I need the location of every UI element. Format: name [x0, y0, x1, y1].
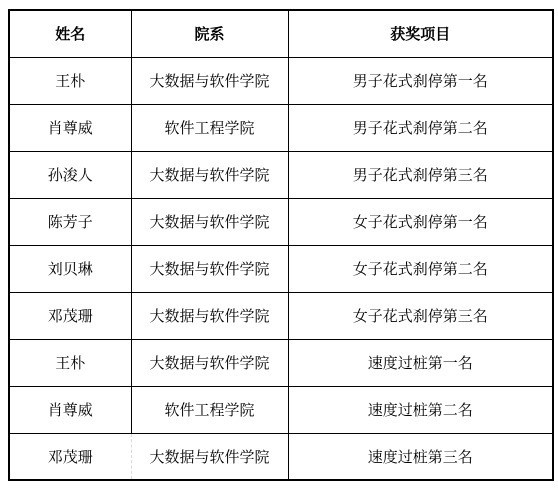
table-row: 王朴 大数据与软件学院 速度过桩第一名	[9, 339, 553, 386]
cell-department: 大数据与软件学院	[131, 292, 288, 339]
cell-name: 刘贝琳	[9, 245, 131, 292]
cell-award: 女子花式刹停第三名	[288, 292, 553, 339]
cell-name: 陈芳子	[9, 198, 131, 245]
cell-name: 王朴	[9, 339, 131, 386]
awards-table: 姓名 院系 获奖项目 王朴 大数据与软件学院 男子花式刹停第一名 肖尊威 软件工…	[8, 9, 554, 481]
cell-award: 速度过桩第二名	[288, 386, 553, 433]
cell-department: 软件工程学院	[131, 104, 288, 151]
cell-name: 邓茂珊	[9, 292, 131, 339]
cell-department: 软件工程学院	[131, 386, 288, 433]
cell-department: 大数据与软件学院	[131, 433, 288, 480]
cell-department: 大数据与软件学院	[131, 151, 288, 198]
table-row: 陈芳子 大数据与软件学院 女子花式刹停第一名	[9, 198, 553, 245]
cell-name: 孙浚人	[9, 151, 131, 198]
column-header-name: 姓名	[9, 10, 131, 57]
cell-name: 王朴	[9, 57, 131, 104]
header-row: 姓名 院系 获奖项目	[9, 10, 553, 57]
cell-award: 男子花式刹停第二名	[288, 104, 553, 151]
document-page: 姓名 院系 获奖项目 王朴 大数据与软件学院 男子花式刹停第一名 肖尊威 软件工…	[0, 0, 558, 494]
cell-name: 肖尊威	[9, 386, 131, 433]
cell-department: 大数据与软件学院	[131, 245, 288, 292]
table-row: 王朴 大数据与软件学院 男子花式刹停第一名	[9, 57, 553, 104]
cell-award: 男子花式刹停第一名	[288, 57, 553, 104]
table-row: 刘贝琳 大数据与软件学院 女子花式刹停第二名	[9, 245, 553, 292]
cell-award: 速度过桩第三名	[288, 433, 553, 480]
cell-department: 大数据与软件学院	[131, 198, 288, 245]
column-header-department: 院系	[131, 10, 288, 57]
table-row: 肖尊威 软件工程学院 男子花式刹停第二名	[9, 104, 553, 151]
cell-department: 大数据与软件学院	[131, 339, 288, 386]
cell-name: 邓茂珊	[9, 433, 131, 480]
cell-award: 男子花式刹停第三名	[288, 151, 553, 198]
cell-department: 大数据与软件学院	[131, 57, 288, 104]
table-row: 孙浚人 大数据与软件学院 男子花式刹停第三名	[9, 151, 553, 198]
table-row: 邓茂珊 大数据与软件学院 速度过桩第三名	[9, 433, 553, 480]
table-row: 肖尊威 软件工程学院 速度过桩第二名	[9, 386, 553, 433]
cell-award: 女子花式刹停第一名	[288, 198, 553, 245]
table-row: 邓茂珊 大数据与软件学院 女子花式刹停第三名	[9, 292, 553, 339]
column-header-award: 获奖项目	[288, 10, 553, 57]
cell-award: 速度过桩第一名	[288, 339, 553, 386]
cell-name: 肖尊威	[9, 104, 131, 151]
cell-award: 女子花式刹停第二名	[288, 245, 553, 292]
